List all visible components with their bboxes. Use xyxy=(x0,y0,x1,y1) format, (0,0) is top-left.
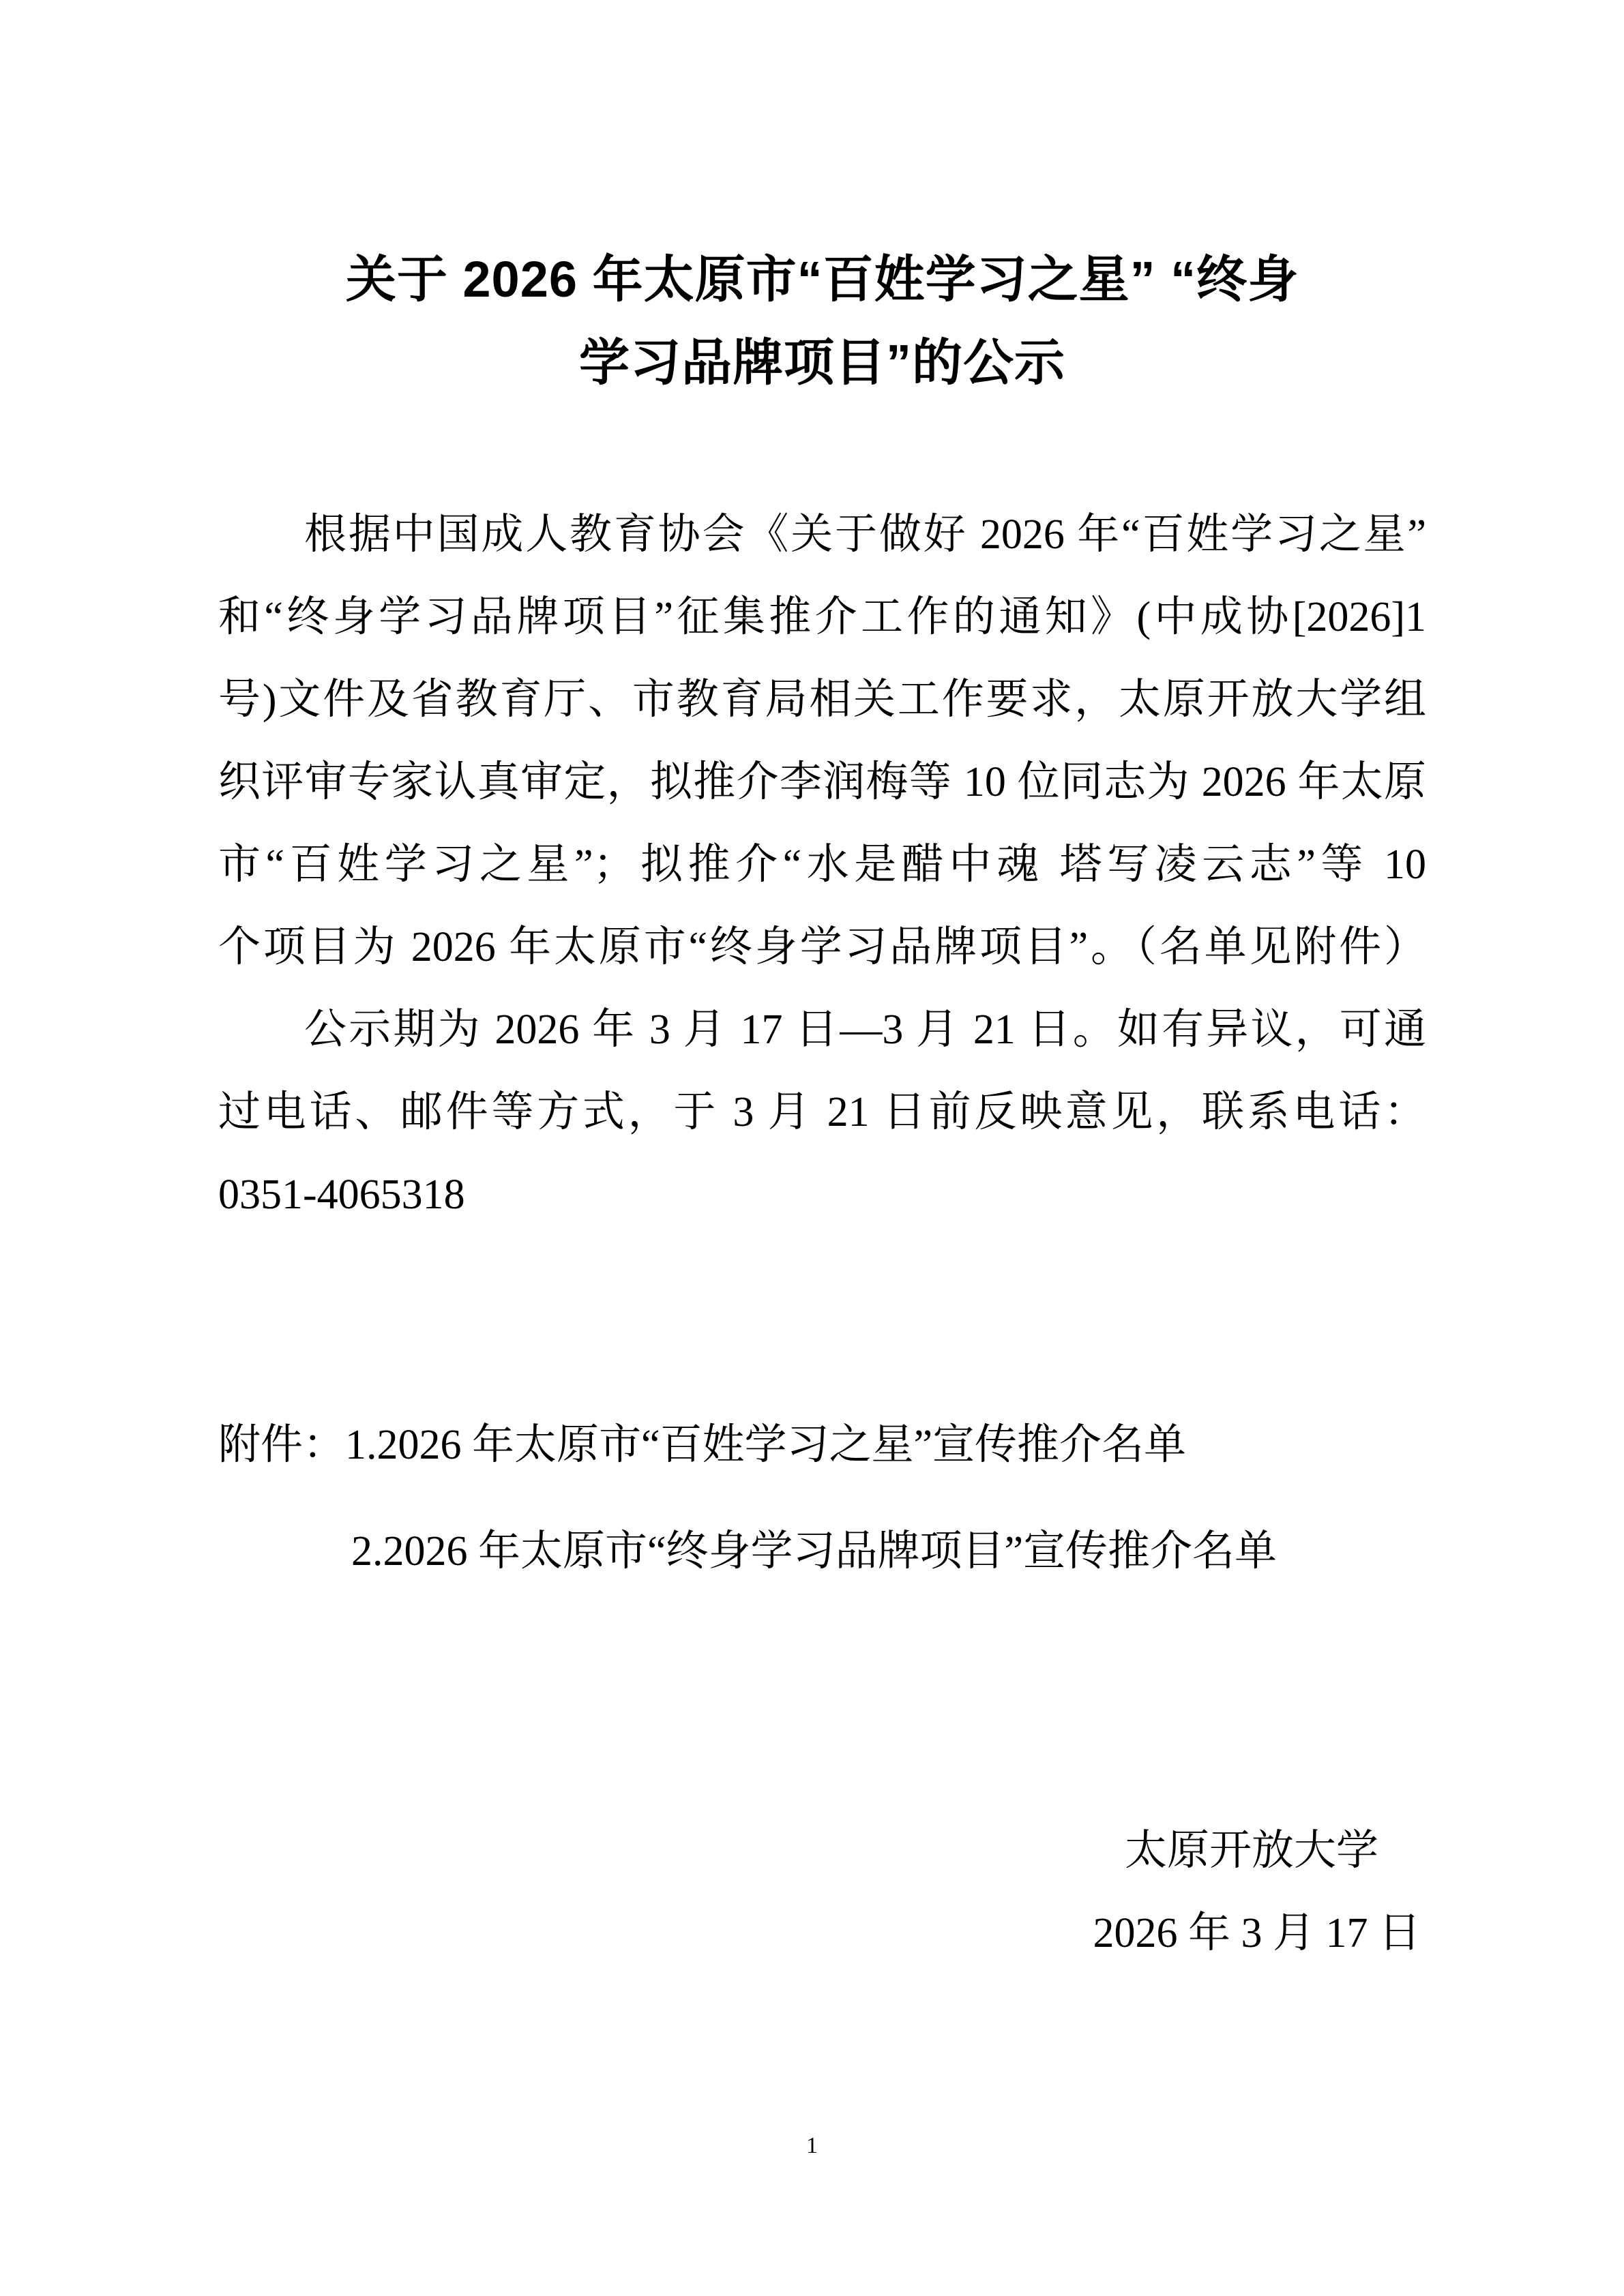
document-page: 关于 2026 年太原市“百姓学习之星” “终身 学习品牌项目”的公示 根据中国… xyxy=(0,0,1624,2296)
title-line-2: 学习品牌项目”的公示 xyxy=(218,321,1426,404)
body-line: 过电话、邮件等方式，于 3 月 21 日前反映意见，联系电话： xyxy=(218,1071,1426,1154)
signature-organization: 太原开放大学 xyxy=(218,1810,1426,1892)
body-line: 号)文件及省教育厅、市教育局相关工作要求，太原开放大学组 xyxy=(218,659,1426,741)
body-line: 织评审专家认真审定，拟推介李润梅等 10 位同志为 2026 年太原 xyxy=(218,741,1426,824)
page-number: 1 xyxy=(0,2130,1624,2162)
body-line: 市“百姓学习之星”；拟推介“水是醋中魂 塔写凌云志”等 10 xyxy=(218,824,1426,906)
contact-phone-line: 0351-4065318 xyxy=(218,1154,1426,1236)
signature-date: 2026 年 3 月 17 日 xyxy=(218,1892,1426,1975)
title-line-1: 关于 2026 年太原市“百姓学习之星” “终身 xyxy=(218,238,1426,321)
body-paragraphs: 根据中国成人教育协会《关于做好 2026 年“百姓学习之星” 和“终身学习品牌项… xyxy=(218,494,1426,1236)
attachment-item-1: 附件：1.2026 年太原市“百姓学习之星”宣传推介名单 xyxy=(218,1404,1426,1487)
document-title: 关于 2026 年太原市“百姓学习之星” “终身 学习品牌项目”的公示 xyxy=(218,238,1426,404)
body-line: 公示期为 2026 年 3 月 17 日—3 月 21 日。如有异议，可通 xyxy=(218,989,1426,1071)
body-line: 个项目为 2026 年太原市“终身学习品牌项目”。（名单见附件） xyxy=(218,906,1426,989)
body-line: 根据中国成人教育协会《关于做好 2026 年“百姓学习之星” xyxy=(218,494,1426,576)
body-line: 和“终身学习品牌项目”征集推介工作的通知》(中成协[2026]1 xyxy=(218,576,1426,659)
attachment-item-2: 2.2026 年太原市“终身学习品牌项目”宣传推介名单 xyxy=(351,1510,1426,1593)
